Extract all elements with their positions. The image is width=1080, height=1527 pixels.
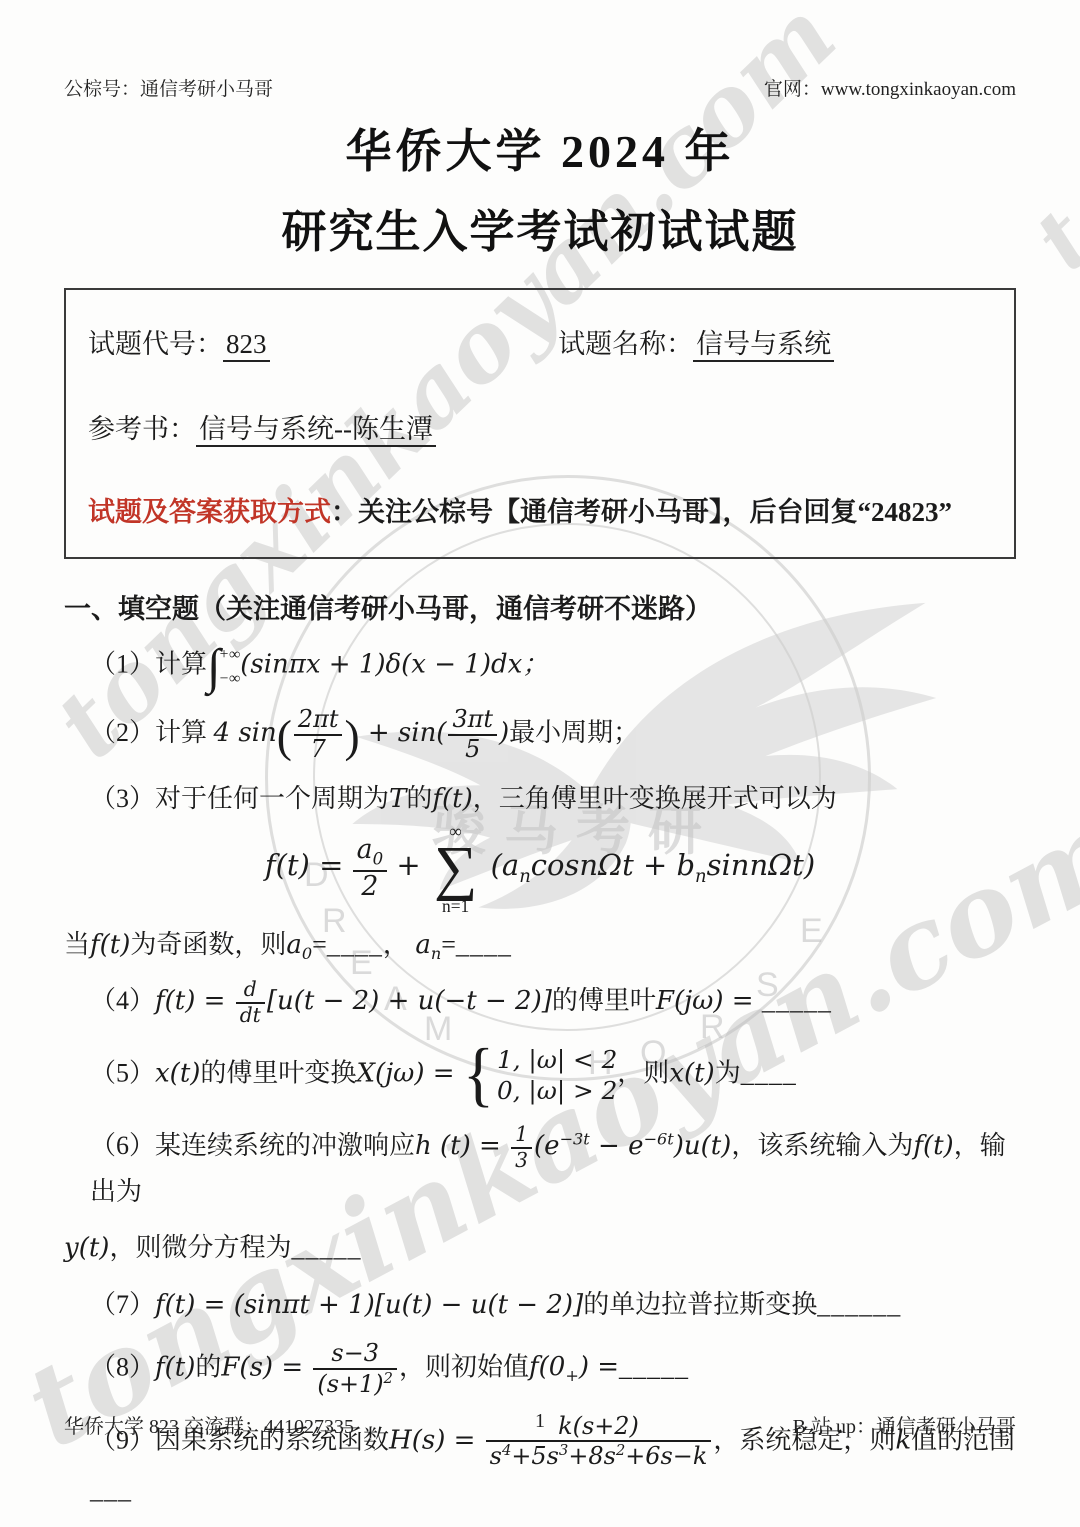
math-segment: x(t)	[669, 1059, 714, 1089]
math-segment: f(t)	[432, 784, 472, 814]
info-row-obtain: 试题及答案获取方式：关注公棕号【通信考研小马哥】，后台回复“24823”	[88, 490, 992, 529]
math-segment: f(t)	[155, 1352, 195, 1382]
name-value: 信号与系统	[693, 329, 834, 362]
ref-label: 参考书：	[88, 414, 196, 444]
cn-segment: 对于任何一个周期为	[155, 784, 389, 813]
blank-underscore: _____	[619, 1352, 689, 1381]
equals: =	[312, 930, 327, 959]
blank-underscore: ____	[741, 1059, 797, 1088]
cn-segment: 的	[406, 784, 432, 813]
obtain-colon: ：	[331, 497, 358, 527]
page-header: 公棕号：通信考研小马哥 官网：www.tongxinkaoyan.com	[64, 0, 1016, 101]
piecewise-cases: {1, |ω| < 20, |ω| > 2	[463, 1043, 617, 1108]
paren-open: (	[277, 711, 292, 762]
cn-segment: 的傅里叶	[552, 986, 656, 1015]
math-segment: (e−3t − e−6t)u(t)	[534, 1131, 731, 1161]
section-heading-fill-in-blanks: 一、填空题（关注通信考研小马哥，通信考研不迷路）	[64, 587, 1016, 626]
footer-bilibili-up: B 站 up：通信考研小马哥	[793, 1410, 1016, 1439]
question-5: （5）x(t)的傅里叶变换X(jω) = {1, |ω| < 20, |ω| >…	[64, 1043, 1016, 1108]
page-footer: 华侨大学 823 交流群：441027335 1 B 站 up：通信考研小马哥	[64, 1410, 1016, 1439]
question-number: （4）	[90, 986, 155, 1015]
question-number: （8）	[90, 1352, 155, 1381]
math-segment: X(jω) =	[356, 1059, 462, 1089]
sum-symbol: ∑	[434, 840, 477, 898]
math-segment: f(t) =	[265, 848, 344, 882]
paren-close: )	[344, 711, 359, 762]
question-number: （3）	[90, 784, 155, 813]
math-segment: 4 sin	[214, 718, 277, 748]
case-line: 1, |ω| < 2	[497, 1045, 617, 1076]
exam-title-line1: 华侨大学 2024 年	[64, 115, 1016, 181]
question-number: （1）	[90, 650, 155, 679]
fraction: 2πt7	[294, 707, 343, 763]
math-segment: y(t)	[64, 1233, 109, 1263]
fraction: 3πt5	[448, 707, 497, 763]
name-label: 试题名称：	[558, 329, 693, 359]
footer-group-number: 华侨大学 823 交流群：441027335	[64, 1410, 354, 1439]
cn-segment: ，则微分方程为	[109, 1233, 291, 1262]
brace: {	[463, 1040, 494, 1112]
math-segment: f(t) = (sinπt + 1)[u(t) − u(t − 2)]	[155, 1290, 583, 1320]
math-segment: T	[389, 784, 406, 814]
paren-close: )	[499, 718, 509, 748]
blank-underscore: ___	[90, 1475, 132, 1504]
question-6: （6）某连续系统的冲激响应h (t) = 13(e−3t − e−6t)u(t)…	[64, 1124, 1016, 1212]
header-right-website: 官网：www.tongxinkaoyan.com	[764, 74, 1016, 101]
cn-segment: ，	[383, 930, 416, 959]
question-3-followup: 当f(t)为奇函数，则a0=____， an=____	[64, 924, 1016, 963]
ref-value: 信号与系统--陈生潭	[196, 414, 436, 447]
obtain-text: 关注公棕号【通信考研小马哥】，后台回复“24823”	[358, 497, 952, 527]
fraction: a02	[353, 836, 387, 901]
question-6-line2: y(t)，则微分方程为_____	[64, 1228, 1016, 1268]
question-8: （8）f(t)的F(s) = s−3(s+1)2，则初始值f(0+) =____…	[64, 1341, 1016, 1398]
cn-segment: 的单边拉普拉斯变换	[583, 1290, 817, 1319]
question-number: （2）	[90, 718, 155, 747]
case-line: 0, |ω| > 2	[497, 1076, 617, 1107]
exam-title-line2: 研究生入学考试初试试题	[64, 195, 1016, 260]
question-7: （7）f(t) = (sinπt + 1)[u(t) − u(t − 2)]的单…	[64, 1285, 1016, 1325]
cn-segment: 计算	[155, 718, 214, 747]
question-4: （4）f(t) = ddt[u(t − 2) + u(−t − 2)]的傅里叶F…	[64, 979, 1016, 1027]
math-segment: F(jω) =	[656, 986, 762, 1016]
cn-segment: 为奇函数，则	[130, 930, 286, 959]
cn-segment: 的	[195, 1352, 221, 1381]
integral-upper-limit: +∞	[219, 647, 241, 663]
cn-segment: 计算	[155, 650, 207, 679]
blank-underscore: _____	[291, 1233, 361, 1262]
exam-info-box: 试题代号：823 试题名称：信号与系统 参考书：信号与系统--陈生潭 试题及答案…	[64, 288, 1016, 559]
math-segment: x(t)	[155, 1059, 200, 1089]
question-number: （7）	[90, 1290, 155, 1319]
cn-segment: ，则	[617, 1059, 669, 1088]
sum-lower-limit: n=1	[442, 898, 469, 915]
integral: ∫+∞−∞	[207, 642, 240, 691]
header-left-account: 公棕号：通信考研小马哥	[64, 74, 273, 101]
math-segment: an	[415, 930, 441, 960]
cn-segment: ，则初始值	[399, 1352, 529, 1381]
math-segment: f(0+) =	[529, 1352, 619, 1382]
page-number: 1	[535, 1410, 545, 1433]
cn-segment: 的傅里叶变换	[200, 1059, 356, 1088]
math-segment: +	[396, 848, 420, 882]
blank-underscore: ______	[817, 1290, 901, 1319]
question-number: （6）	[90, 1131, 155, 1160]
fourier-series-formula: f(t) = a02 + ∞∑n=1 (ancosnΩt + bnsinnΩt)	[64, 823, 1016, 914]
math-segment: [u(t − 2) + u(−t − 2)]	[267, 986, 552, 1016]
cn-segment: 某连续系统的冲激响应	[155, 1131, 415, 1160]
math-segment: F(s) =	[221, 1352, 311, 1382]
question-3: （3）对于任何一个周期为T的f(t)，三角傅里叶变换展开式可以为	[64, 779, 1016, 819]
math-segment: f(t) =	[155, 986, 234, 1016]
blank-underscore: ____	[327, 930, 383, 959]
question-1: （1）计算∫+∞−∞(sinπx + 1)δ(x − 1)dx；	[64, 642, 1016, 691]
blank-underscore: _____	[762, 986, 832, 1015]
info-row-code-name: 试题代号：823 试题名称：信号与系统	[88, 322, 992, 361]
math-segment: f(t)	[913, 1131, 953, 1161]
cn-segment: ，三角傅里叶变换展开式可以为	[473, 784, 837, 813]
code-value: 823	[223, 329, 270, 362]
math-segment: f(t)	[90, 930, 130, 960]
question-2: （2）计算 4 sin(2πt7) + sin(3πt5)最小周期；	[64, 707, 1016, 763]
cn-segment: ，该系统输入为	[731, 1131, 913, 1160]
cn-segment: 为	[715, 1059, 741, 1088]
math-segment: (sinπx + 1)δ(x − 1)dx；	[240, 650, 548, 680]
equals: =	[441, 930, 456, 959]
obtain-label: 试题及答案获取方式	[88, 497, 331, 527]
question-number: （5）	[90, 1059, 155, 1088]
exam-paper-page: tongxinkaoyan.com tongxinkaoyan.com tong…	[0, 0, 1080, 1527]
math-segment: h (t) =	[415, 1131, 509, 1161]
cn-segment: 当	[64, 930, 90, 959]
info-row-reference: 参考书：信号与系统--陈生潭	[88, 407, 992, 446]
math-segment: a0	[286, 930, 312, 960]
blank-underscore: ____	[456, 930, 512, 959]
fraction: s−3(s+1)2	[313, 1341, 397, 1398]
cn-segment: 最小周期；	[509, 718, 639, 747]
math-segment: (ancosnΩt + bnsinnΩt)	[491, 848, 816, 882]
fraction: 13	[511, 1124, 532, 1172]
summation: ∞∑n=1	[434, 823, 477, 914]
code-label: 试题代号：	[88, 329, 223, 359]
integral-lower-limit: −∞	[219, 671, 241, 687]
fraction: ddt	[236, 979, 265, 1027]
math-segment: + sin(	[360, 718, 447, 748]
